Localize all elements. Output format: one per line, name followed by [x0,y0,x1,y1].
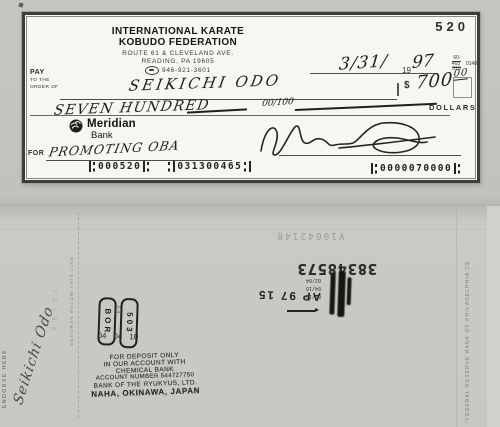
micr-line: 000520 031300465 [87,161,253,172]
pay-label: PAY [30,70,59,76]
micr-transit-symbol [168,161,175,172]
handwritten-date: 3/31/ [338,51,389,75]
amount-dollars: 700 [415,69,454,94]
micr-transit-symbol [244,161,251,172]
micr-amount-symbol [454,163,461,174]
endorsement-signature: Seikichi Odo [11,253,73,407]
federal-reserve-edge-text: *FEDERAL RESERVE BANK OF PHILADELPHIA CE [465,233,471,423]
order-of-label: ORDER OF [30,85,59,91]
check-back: ENDORSE BELOW THIS LINE ENDORSE HERE *FE… [0,205,500,427]
teller-stamp-digits-box: 503 [119,298,139,349]
dollar-sign: $ [404,80,410,91]
processing-number: 02/04 [306,276,330,284]
dollars-label: DOLLARS [429,103,476,112]
meridian-bank-logo-icon [69,119,83,133]
stamp-arrow-mark [287,310,315,312]
scan-edge-strip [487,206,500,427]
deposit-stamp: FOR DEPOSIT ONLY IN OUR ACCOUNT WITH CHE… [83,351,206,398]
check-number: 520 [435,19,469,34]
check-scan-page: 520 INTERNATIONAL KARATE KOBUDO FEDERATI… [0,0,500,427]
right-fold-line [456,206,457,427]
phone-icon [145,66,159,75]
micr-amount-symbol [371,163,378,174]
payer-name-line2: KOBUDO FEDERATION [83,37,273,48]
amount-bracket-mark [397,83,399,96]
processing-number: 01/10 [306,292,330,300]
memo-label: FOR [28,150,44,157]
bank-name: Meridian [87,119,136,130]
payer-name-line1: INTERNATIONAL KARATE [83,26,273,37]
check-front: 520 INTERNATIONAL KARATE KOBUDO FEDERATI… [22,12,480,183]
micr-onus-symbol [89,161,96,172]
payer-address-line1: ROUTE 61 & CLEVELAND AVE. [83,50,273,57]
payer-block: INTERNATIONAL KARATE KOBUDO FEDERATION R… [83,26,273,75]
teller-stamp: 04 04 10 BOR 04 503 [95,297,151,349]
micr-onus-symbol [143,161,150,172]
handwritten-year: 97 [411,51,434,73]
scan-fold-horizontal-line [0,229,500,230]
payer-phone: 946-921-3601 [162,67,211,74]
micr-amount-group: 0000070000 [369,163,463,174]
amount-box-outline [453,77,472,98]
micr-check-number: 000520 [98,161,141,172]
to-the-label: TO THE [30,78,59,84]
handwritten-memo: PROMOTING OBA [48,137,182,159]
faint-pencil-digits: 75953 [50,289,56,399]
micr-routing-number: 031300465 [177,161,242,172]
handwritten-fill-stroke [295,103,437,111]
pay-to-the-order-of-label: PAY TO THE ORDER OF [30,70,59,91]
teller-stamp-letters-box: BOR [97,297,117,346]
ink-smudge-stamp [329,271,357,320]
endorsement-boundary-text: ENDORSE BELOW THIS LINE [69,216,74,346]
endorsement-boundary-line [78,212,79,418]
micr-amount: 0000070000 [380,163,452,174]
processing-number: 04/10 [306,284,330,292]
bank-identity-block: Meridian Bank [69,119,136,141]
processing-stamp-numbers: 01/10 04/10 02/04 [306,276,330,300]
payer-address-line2: READING, PA 19605 [83,58,273,65]
signature-rule-line [279,155,461,156]
scan-artifact-speck [18,2,23,7]
handwritten-cents-fraction: 00/100 [261,97,294,109]
yen-amount-stamp-flipped: ¥10042148 [264,230,356,241]
endorse-here-label: ENDORSE HERE [2,323,8,408]
